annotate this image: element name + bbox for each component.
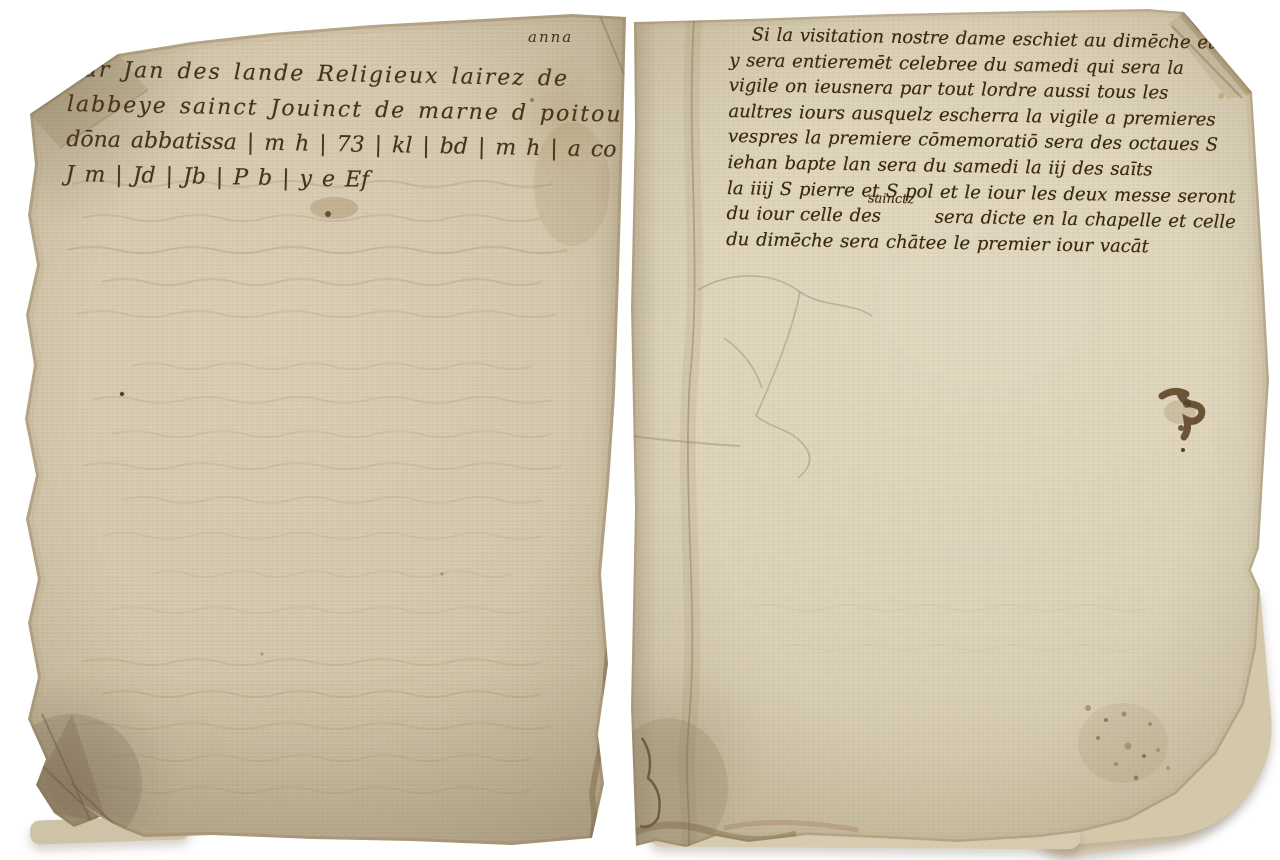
interlinear-insertion: sainctz [868, 186, 915, 212]
right-page: Si la visitation nostre dame eschiet au … [628, 8, 1278, 856]
marginal-annotation: anna [528, 28, 573, 46]
right-page-text: Si la visitation nostre dame eschiet au … [726, 22, 1275, 262]
pencil-doodle [698, 276, 872, 478]
bleedthrough-text [67, 181, 567, 793]
left-page-text: par Jan des lande Religieux lairez de la… [65, 52, 613, 202]
bleedthrough-text [748, 605, 1148, 651]
left-page: par Jan des lande Religieux lairez de la… [12, 14, 634, 852]
manuscript-photo: par Jan des lande Religieux lairez de la… [0, 0, 1280, 860]
ink-blot-stain [1162, 391, 1202, 452]
